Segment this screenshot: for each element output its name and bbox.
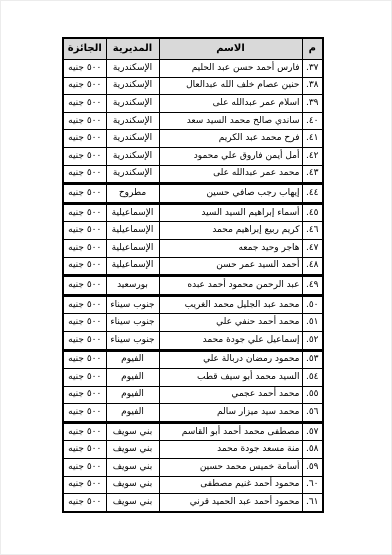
directorate-cell: الإسكندرية [106,165,159,184]
prize-amount-cell: ٥٠٠ جنيه [63,476,106,494]
row-number-cell: ٦٠. [302,476,323,494]
prize-amount-cell: ٥٠٠ جنيه [63,239,106,257]
prize-amount-cell: ٥٠٠ جنيه [63,314,106,332]
prize-amount-cell: ٥٠٠ جنيه [63,257,106,276]
prize-amount-text: ٥٠٠ جنيه [68,427,101,437]
winner-name-cell: محمود أحمد عبد الحميد قرني [159,494,302,512]
prize-amount-text: ٥٠٠ جنيه [68,98,101,108]
table-header: م الاسم المديرية الجائزة [63,38,323,60]
winner-name-cell: منة مسعد جودة محمد [159,441,302,459]
prize-amount-cell: ٥٠٠ جنيه [63,95,106,113]
table-row: ٤٩.عبد الرحمن محمود أحمد عبدهبورسعيد٥٠٠ … [63,276,323,296]
prize-amount-cell: ٥٠٠ جنيه [63,147,106,165]
prize-amount-cell: ٥٠٠ جنيه [63,459,106,477]
document-page: م الاسم المديرية الجائزة ٣٧.فارس أحمد حس… [0,0,392,555]
directorate-cell: الإسماعيلية [106,239,159,257]
winner-name-cell: إسماعيل علي جودة محمد [159,331,302,350]
row-number-cell: ٤١. [302,130,323,148]
prize-amount-cell: ٥٠٠ جنيه [63,222,106,240]
prize-amount-cell: ٥٠٠ جنيه [63,60,106,78]
prize-amount-cell: ٥٠٠ جنيه [63,441,106,459]
row-number-cell: ٤٠. [302,112,323,130]
table-row: ٤١.فرح محمد عبد الكريمالإسكندرية٥٠٠ جنيه [63,130,323,148]
winners-table: م الاسم المديرية الجائزة ٣٧.فارس أحمد حس… [62,37,324,513]
winner-name-cell: أمل أيمن فاروق علي محمود [159,147,302,165]
prize-amount-cell: ٥٠٠ جنيه [63,350,106,369]
directorate-cell: بني سويف [106,441,159,459]
directorate-cell: الفيوم [106,404,159,423]
winner-name-cell: أسماء إبراهيم السيد السيد [159,203,302,222]
row-number-cell: ٥٥. [302,386,323,404]
directorate-cell: جنوب سيناء [106,295,159,314]
row-number-cell: ٤٨. [302,257,323,276]
winner-name-cell: مصطفى محمد أحمد أبو القاسم [159,422,302,441]
prize-amount-text: ٥٠٠ جنيه [68,225,101,235]
table-row: ٤٠.ساندي صالح محمد السيد سعدالإسكندرية٥٠… [63,112,323,130]
table-row: ٤٣.محمد عمر عبدالله علىالإسكندرية٥٠٠ جني… [63,165,323,184]
winner-name-cell: فارس أحمد حسن عبد الحليم [159,60,302,78]
prize-amount-text: ٥٠٠ جنيه [68,300,101,310]
table-row: ٣٩.اسلام عمر عبدالله علىالإسكندرية٥٠٠ جن… [63,95,323,113]
directorate-cell: بني سويف [106,422,159,441]
directorate-cell: بني سويف [106,494,159,512]
row-number-cell: ٣٨. [302,77,323,95]
prize-amount-cell: ٥٠٠ جنيه [63,295,106,314]
prize-amount-text: ٥٠٠ جنيه [68,208,101,218]
winner-name-cell: هاجر وحيد جمعه [159,239,302,257]
row-number-cell: ٦١. [302,494,323,512]
prize-amount-cell: ٥٠٠ جنيه [63,184,106,204]
directorate-cell: الإسماعيلية [106,222,159,240]
row-number-cell: ٤٦. [302,222,323,240]
table-row: ٥٤.السيد محمد أبو سيف قطبالفيوم٥٠٠ جنيه [63,369,323,387]
directorate-cell: الفيوم [106,350,159,369]
prize-amount-cell: ٥٠٠ جنيه [63,112,106,130]
directorate-cell: الإسكندرية [106,95,159,113]
directorate-cell: الإسكندرية [106,60,159,78]
table-row: ٤٨.أحمد السيد عمر حسنالإسماعيلية٥٠٠ جنيه [63,257,323,276]
directorate-cell: الإسكندرية [106,77,159,95]
header-cell-name: الاسم [159,38,302,60]
prize-amount-cell: ٥٠٠ جنيه [63,404,106,423]
prize-amount-text: ٥٠٠ جنيه [68,479,101,489]
prize-amount-cell: ٥٠٠ جنيه [63,386,106,404]
row-number-cell: ٥٧. [302,422,323,441]
directorate-cell: الإسكندرية [106,130,159,148]
directorate-cell: الإسكندرية [106,112,159,130]
directorate-cell: الإسماعيلية [106,257,159,276]
table-body: ٣٧.فارس أحمد حسن عبد الحليمالإسكندرية٥٠٠… [63,60,323,512]
header-cell-prize: الجائزة [63,38,106,60]
prize-amount-text: ٥٠٠ جنيه [68,497,101,507]
prize-amount-text: ٥٠٠ جنيه [68,354,101,364]
winner-name-cell: محمود أحمد غنيم مصطفى [159,476,302,494]
table-row: ٦١.محمود أحمد عبد الحميد قرنيبني سويف٥٠٠… [63,494,323,512]
prize-amount-cell: ٥٠٠ جنيه [63,77,106,95]
row-number-cell: ٤٧. [302,239,323,257]
winner-name-cell: السيد محمد أبو سيف قطب [159,369,302,387]
prize-amount-cell: ٥٠٠ جنيه [63,494,106,512]
winner-name-cell: ساندي صالح محمد السيد سعد [159,112,302,130]
table-row: ٥٨.منة مسعد جودة محمدبني سويف٥٠٠ جنيه [63,441,323,459]
prize-amount-cell: ٥٠٠ جنيه [63,276,106,296]
winner-name-cell: عبد الرحمن محمود أحمد عبده [159,276,302,296]
table-row: ٥٦.محمد سيد ميزار سالمالفيوم٥٠٠ جنيه [63,404,323,423]
prize-amount-text: ٥٠٠ جنيه [68,151,101,161]
table-row: ٣٨.حنين عصام خلف الله عبدالعالالإسكندرية… [63,77,323,95]
prize-amount-text: ٥٠٠ جنيه [68,188,101,198]
table-row: ٥٧.مصطفى محمد أحمد أبو القاسمبني سويف٥٠٠… [63,422,323,441]
directorate-cell: جنوب سيناء [106,331,159,350]
row-number-cell: ٤٥. [302,203,323,222]
row-number-cell: ٣٩. [302,95,323,113]
row-number-cell: ٤٩. [302,276,323,296]
prize-amount-text: ٥٠٠ جنيه [68,372,101,382]
winner-name-cell: كريم ربيع إبراهيم محمد [159,222,302,240]
row-number-cell: ٥٠. [302,295,323,314]
table-row: ٦٠.محمود أحمد غنيم مصطفىبني سويف٥٠٠ جنيه [63,476,323,494]
prize-amount-cell: ٥٠٠ جنيه [63,369,106,387]
row-number-cell: ٥٤. [302,369,323,387]
prize-amount-text: ٥٠٠ جنيه [68,462,101,472]
winner-name-cell: أسامة خميس محمد حسين [159,459,302,477]
table-row: ٥٠.محمد عبد الجليل محمد الغريبجنوب سيناء… [63,295,323,314]
table-row: ٣٧.فارس أحمد حسن عبد الحليمالإسكندرية٥٠٠… [63,60,323,78]
winner-name-cell: محمد أحمد عجمي [159,386,302,404]
table-row: ٥٣.محمود رمضان دربالة عليالفيوم٥٠٠ جنيه [63,350,323,369]
directorate-cell: بني سويف [106,476,159,494]
table-row: ٤٧.هاجر وحيد جمعهالإسماعيلية٥٠٠ جنيه [63,239,323,257]
table-row: ٥١.محمد أحمد حنفي عليجنوب سيناء٥٠٠ جنيه [63,314,323,332]
prize-amount-text: ٥٠٠ جنيه [68,63,101,73]
prize-amount-text: ٥٠٠ جنيه [68,389,101,399]
prize-amount-text: ٥٠٠ جنيه [68,116,101,126]
prize-amount-cell: ٥٠٠ جنيه [63,331,106,350]
prize-amount-cell: ٥٠٠ جنيه [63,165,106,184]
directorate-cell: بني سويف [106,459,159,477]
winner-name-cell: محمد سيد ميزار سالم [159,404,302,423]
winner-name-cell: إيهاب رجب صافي حسين [159,184,302,204]
row-number-cell: ٥٢. [302,331,323,350]
winner-name-cell: محمد عبد الجليل محمد الغريب [159,295,302,314]
directorate-cell: جنوب سيناء [106,314,159,332]
directorate-cell: بورسعيد [106,276,159,296]
directorate-cell: الإسكندرية [106,147,159,165]
prize-amount-text: ٥٠٠ جنيه [68,168,101,178]
row-number-cell: ٥١. [302,314,323,332]
table-row: ٤٦.كريم ربيع إبراهيم محمدالإسماعيلية٥٠٠ … [63,222,323,240]
prize-amount-text: ٥٠٠ جنيه [68,80,101,90]
prize-amount-text: ٥٠٠ جنيه [68,133,101,143]
row-number-cell: ٤٤. [302,184,323,204]
table-row: ٥٩.أسامة خميس محمد حسينبني سويف٥٠٠ جنيه [63,459,323,477]
prize-amount-text: ٥٠٠ جنيه [68,280,101,290]
row-number-cell: ٤٣. [302,165,323,184]
prize-amount-text: ٥٠٠ جنيه [68,243,101,253]
winner-name-cell: حنين عصام خلف الله عبدالعال [159,77,302,95]
table-row: ٤٢.أمل أيمن فاروق علي محمودالإسكندرية٥٠٠… [63,147,323,165]
table-row: ٤٥.أسماء إبراهيم السيد السيدالإسماعيلية٥… [63,203,323,222]
prize-amount-text: ٥٠٠ جنيه [68,444,101,454]
prize-amount-text: ٥٠٠ جنيه [68,335,101,345]
header-row: م الاسم المديرية الجائزة [63,38,323,60]
prize-amount-cell: ٥٠٠ جنيه [63,203,106,222]
header-cell-directorate: المديرية [106,38,159,60]
prize-amount-text: ٥٠٠ جنيه [68,407,101,417]
winner-name-cell: اسلام عمر عبدالله على [159,95,302,113]
prize-amount-cell: ٥٠٠ جنيه [63,422,106,441]
row-number-cell: ٣٧. [302,60,323,78]
row-number-cell: ٤٢. [302,147,323,165]
row-number-cell: ٥٨. [302,441,323,459]
directorate-cell: مطروح [106,184,159,204]
row-number-cell: ٥٣. [302,350,323,369]
prize-amount-text: ٥٠٠ جنيه [68,260,101,270]
winner-name-cell: محمد أحمد حنفي علي [159,314,302,332]
prize-amount-text: ٥٠٠ جنيه [68,317,101,327]
prize-amount-cell: ٥٠٠ جنيه [63,130,106,148]
header-cell-number: م [302,38,323,60]
winner-name-cell: أحمد السيد عمر حسن [159,257,302,276]
directorate-cell: الإسماعيلية [106,203,159,222]
directorate-cell: الفيوم [106,386,159,404]
row-number-cell: ٥٩. [302,459,323,477]
table-row: ٥٥.محمد أحمد عجميالفيوم٥٠٠ جنيه [63,386,323,404]
directorate-cell: الفيوم [106,369,159,387]
winner-name-cell: محمد عمر عبدالله على [159,165,302,184]
winner-name-cell: محمود رمضان دربالة علي [159,350,302,369]
winner-name-cell: فرح محمد عبد الكريم [159,130,302,148]
row-number-cell: ٥٦. [302,404,323,423]
table-row: ٤٤.إيهاب رجب صافي حسينمطروح٥٠٠ جنيه [63,184,323,204]
table-row: ٥٢.إسماعيل علي جودة محمدجنوب سيناء٥٠٠ جن… [63,331,323,350]
